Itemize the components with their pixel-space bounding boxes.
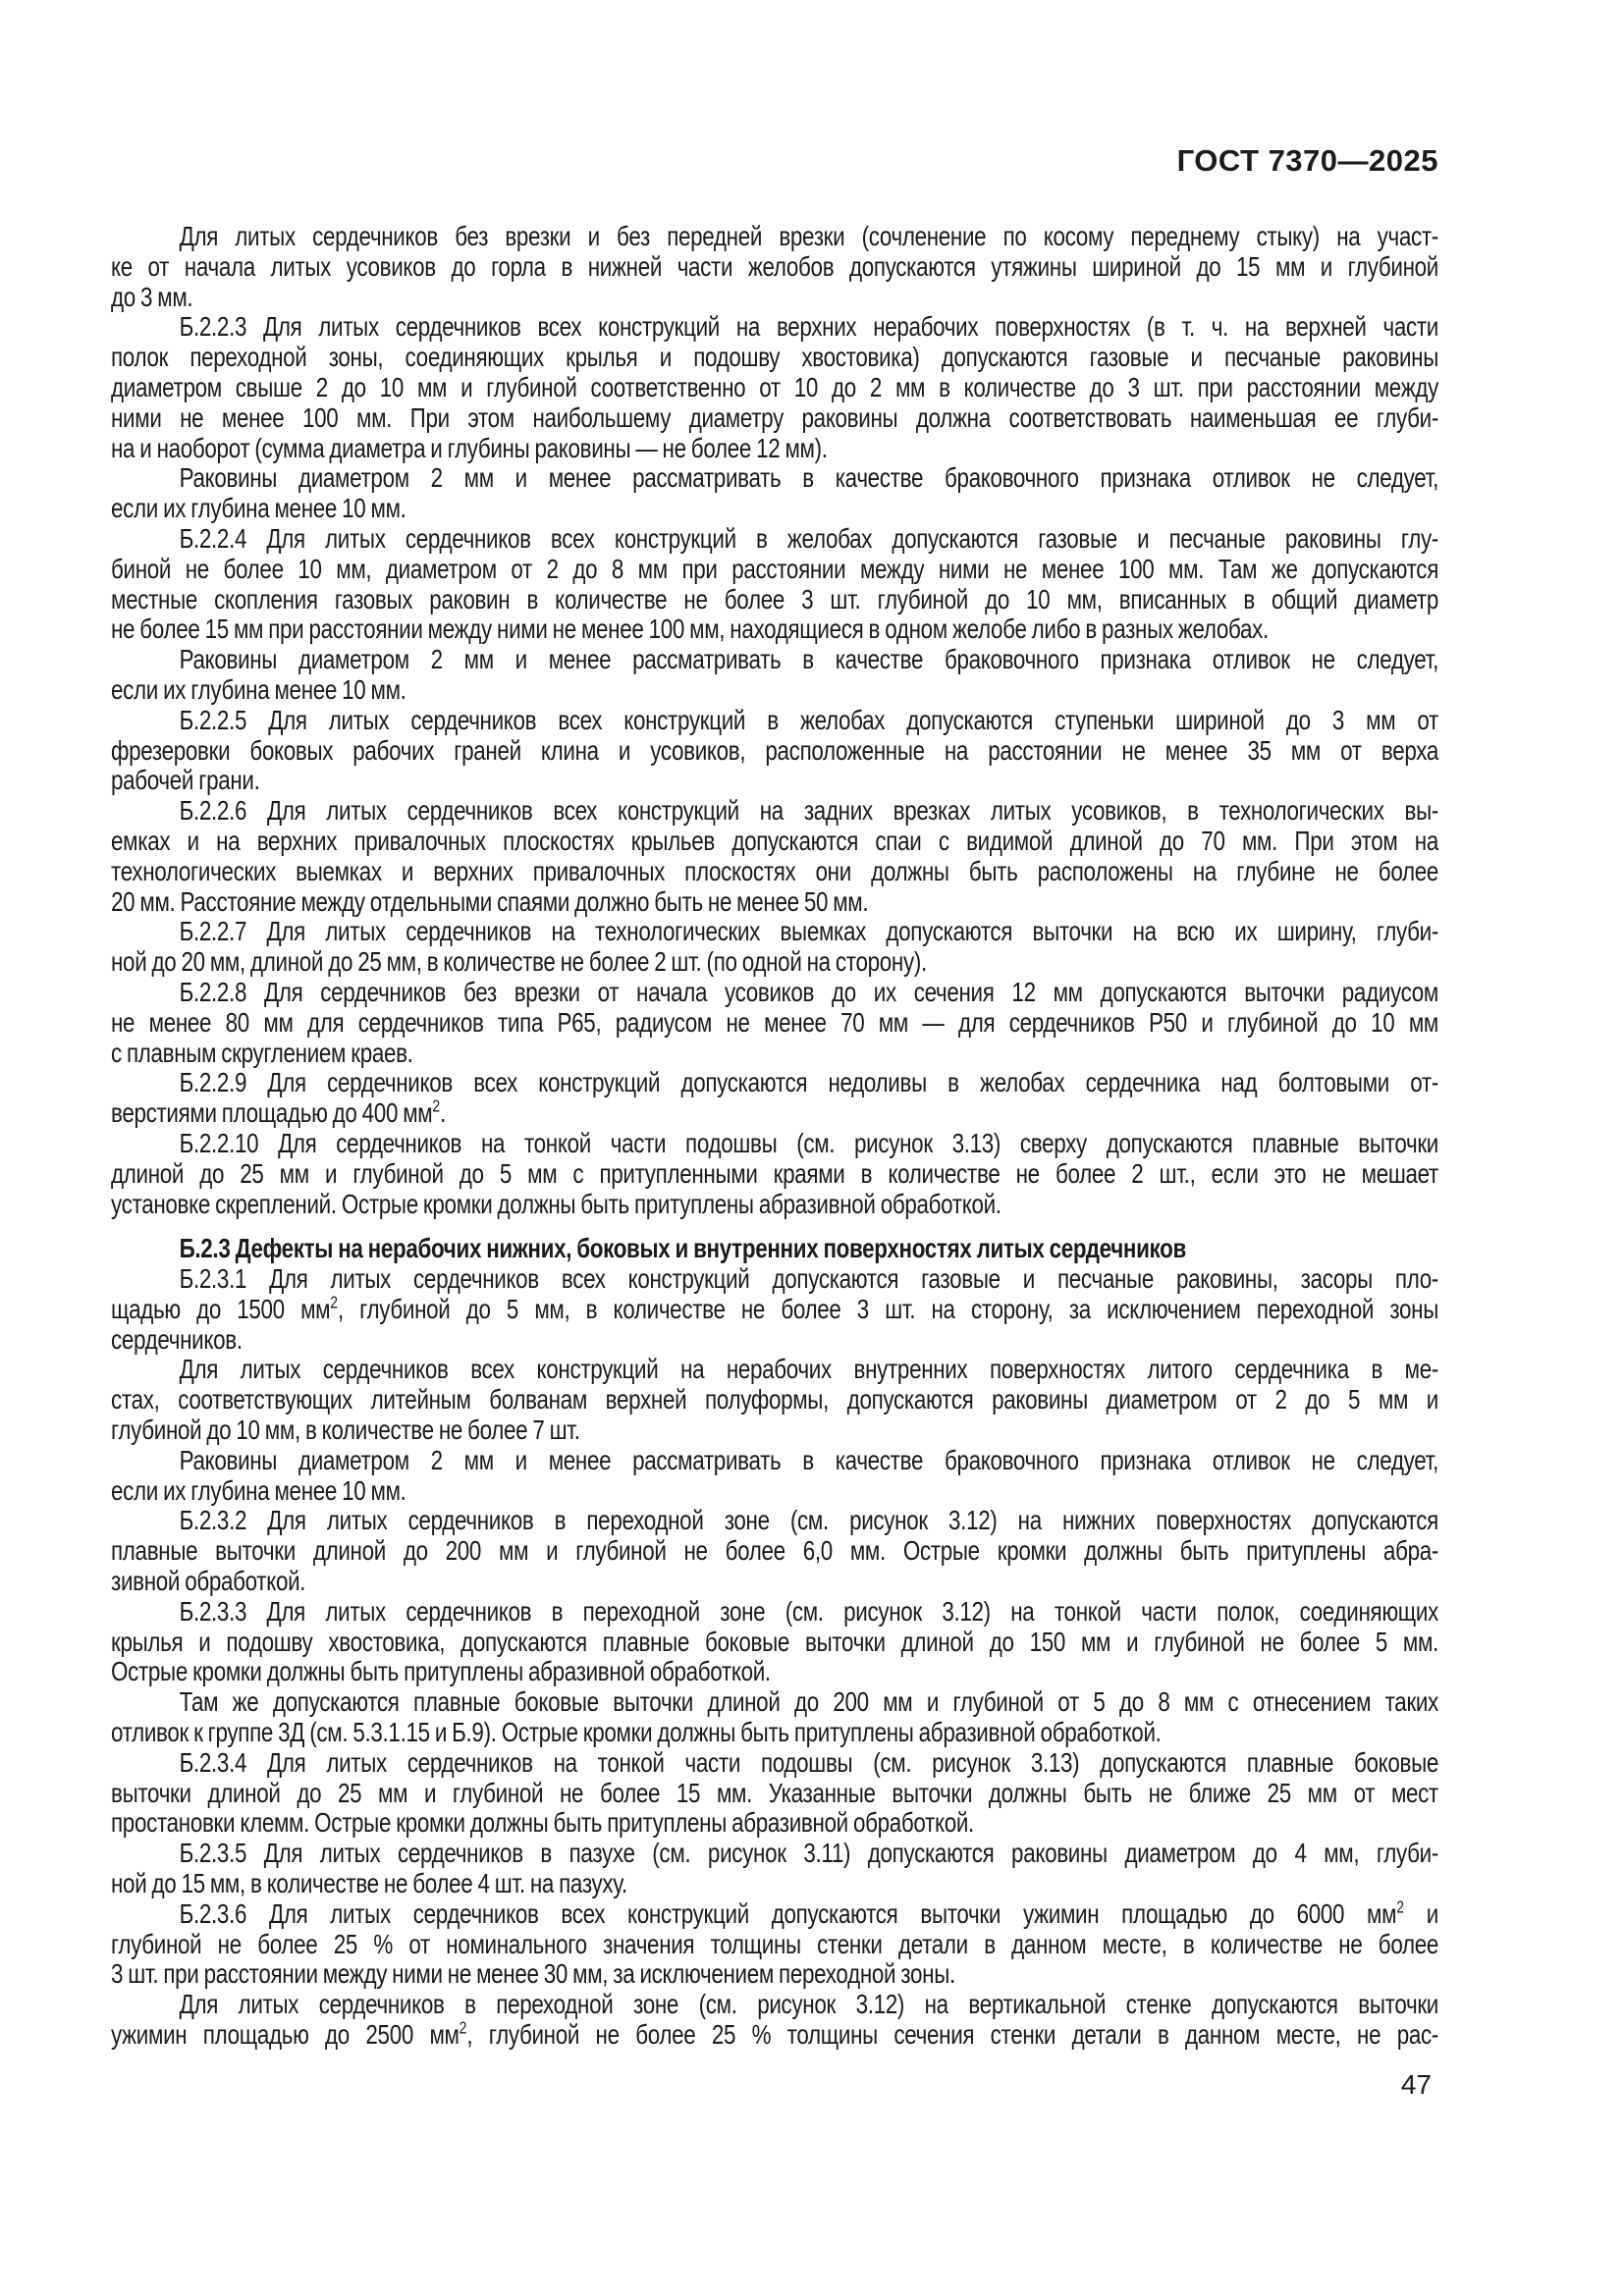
text-line: до 3 мм.: [111, 283, 1438, 313]
text-line: Для литых сердечников без врезки и без п…: [111, 222, 1438, 252]
text-line: верстиями площадью до 400 мм2.: [111, 1098, 1438, 1129]
text-line: плавные выточки длиной до 200 мм и глуби…: [111, 1536, 1438, 1567]
paragraph: Б.2.2.6 Для литых сердечников всех конст…: [111, 796, 1438, 917]
paragraph: Раковины диаметром 2 мм и менее рассматр…: [111, 645, 1438, 706]
text-line: Б.2.2.9 Для сердечников всех конструкций…: [111, 1068, 1438, 1098]
text-line: ной до 20 мм, длиной до 25 мм, в количес…: [111, 947, 1438, 978]
paragraph: Б.2.3.2 Для литых сердечников в переходн…: [111, 1506, 1438, 1596]
text-line: Для литых сердечников в переходной зоне …: [111, 1990, 1438, 2020]
text-line: зивной обработкой.: [111, 1567, 1438, 1597]
superscript: 2: [432, 1096, 440, 1116]
paragraph: Б.2.2.10 Для сердечников на тонкой части…: [111, 1129, 1438, 1219]
text-line: рабочей грани.: [111, 766, 1438, 796]
text-line: крылья и подошву хвостовика, допускаются…: [111, 1628, 1438, 1658]
text-line: технологических выемках и верхних привал…: [111, 857, 1438, 887]
text-line: Раковины диаметром 2 мм и менее рассматр…: [111, 463, 1438, 494]
text-line: ужимин площадью до 2500 мм2, глубиной не…: [111, 2020, 1438, 2051]
paragraph: Раковины диаметром 2 мм и менее рассматр…: [111, 463, 1438, 524]
text-line: Острые кромки должны быть притуплены абр…: [111, 1657, 1438, 1687]
paragraph: Раковины диаметром 2 мм и менее рассматр…: [111, 1446, 1438, 1507]
document-code-header: ГОСТ 7370—2025: [111, 143, 1438, 179]
paragraph: Для литых сердечников без врезки и без п…: [111, 222, 1438, 312]
text-line: Б.2.2.5 Для литых сердечников всех конст…: [111, 706, 1438, 736]
text-line: щадью до 1500 мм2, глубиной до 5 мм, в к…: [111, 1295, 1438, 1325]
section-heading: Б.2.3 Дефекты на нерабочих нижних, боков…: [111, 1234, 1438, 1264]
text-line: Там же допускаются плавные боковые выточ…: [111, 1687, 1438, 1718]
paragraph: Б.2.3.4 Для литых сердечников на тонкой …: [111, 1748, 1438, 1839]
text-line: Б.2.3.2 Для литых сердечников в переходн…: [111, 1506, 1438, 1536]
paragraph: Б.2.2.8 Для сердечников без врезки от на…: [111, 978, 1438, 1068]
paragraph: Б.2.2.5 Для литых сердечников всех конст…: [111, 706, 1438, 796]
text-line: выточки длиной до 25 мм и глубиной не бо…: [111, 1779, 1438, 1809]
page-number: 47: [111, 2069, 1432, 2101]
text-line: полок переходной зоны, соединяющих крыль…: [111, 343, 1438, 373]
text-line: если их глубина менее 10 мм.: [111, 1476, 1438, 1507]
text-line: простановки клемм. Острые кромки должны …: [111, 1808, 1438, 1839]
paragraph: Для литых сердечников всех конструкций н…: [111, 1355, 1438, 1445]
paragraph: Б.2.3.1 Для литых сердечников всех конст…: [111, 1264, 1438, 1355]
text-line: биной не более 10 мм, диаметром от 2 до …: [111, 555, 1438, 585]
text-line: Б.2.2.4 Для литых сердечников всех конст…: [111, 524, 1438, 555]
text-line: Б.2.2.7 Для литых сердечников на техноло…: [111, 917, 1438, 947]
text-line: Б.2.2.8 Для сердечников без врезки от на…: [111, 978, 1438, 1008]
text-line: Б.2.3.1 Для литых сердечников всех конст…: [111, 1264, 1438, 1295]
superscript: 2: [460, 2018, 467, 2038]
text-line: установке скреплений. Острые кромки долж…: [111, 1190, 1438, 1220]
text-line: стах, соответствующих литейным болванам …: [111, 1385, 1438, 1415]
text-line: ними не менее 100 мм. При этом наибольше…: [111, 403, 1438, 434]
paragraph: Б.2.3.5 Для литых сердечников в пазухе (…: [111, 1839, 1438, 1899]
text-line: Для литых сердечников всех конструкций н…: [111, 1355, 1438, 1385]
text-line: не более 15 мм при расстоянии между ними…: [111, 614, 1438, 645]
paragraph: Б.2.2.9 Для сердечников всех конструкций…: [111, 1068, 1438, 1129]
text-line: с плавным скруглением краев.: [111, 1039, 1438, 1069]
text-line: ке от начала литых усовиков до горла в н…: [111, 252, 1438, 283]
document-page: { "page": { "header_label": "ГОСТ 7370—2…: [0, 0, 1624, 2296]
paragraph: Б.2.2.3 Для литых сердечников всех конст…: [111, 312, 1438, 463]
text-line: если их глубина менее 10 мм.: [111, 494, 1438, 524]
paragraph: Б.2.2.7 Для литых сердечников на техноло…: [111, 917, 1438, 978]
text-line: Б.2.2.10 Для сердечников на тонкой части…: [111, 1129, 1438, 1159]
text-line: не менее 80 мм для сердечников типа Р65,…: [111, 1008, 1438, 1039]
text-line: ной до 15 мм, в количестве не более 4 шт…: [111, 1869, 1438, 1899]
text-line: Б.2.3.6 Для литых сердечников всех конст…: [111, 1899, 1438, 1930]
superscript: 2: [330, 1293, 338, 1312]
paragraph: Б.2.2.4 Для литых сердечников всех конст…: [111, 524, 1438, 645]
text-line: отливок к группе 3Д (см. 5.3.1.15 и Б.9)…: [111, 1718, 1438, 1748]
text-line: Раковины диаметром 2 мм и менее рассматр…: [111, 1446, 1438, 1476]
text-line: емках и на верхних привалочных плоскостя…: [111, 827, 1438, 857]
text-line: фрезеровки боковых рабочих граней клина …: [111, 736, 1438, 767]
text-line: местные скопления газовых раковин в коли…: [111, 585, 1438, 615]
text-line: Б.2.2.6 Для литых сердечников всех конст…: [111, 796, 1438, 827]
text-line: 20 мм. Расстояние между отдельными спаям…: [111, 887, 1438, 918]
paragraph: Б.2.3.6 Для литых сердечников всех конст…: [111, 1899, 1438, 1990]
text-line: сердечников.: [111, 1325, 1438, 1356]
text-line: длиной до 25 мм и глубиной до 5 мм с при…: [111, 1159, 1438, 1190]
text-line: Б.2.3.4 Для литых сердечников на тонкой …: [111, 1748, 1438, 1779]
text-line: Б.2.3.5 Для литых сердечников в пазухе (…: [111, 1839, 1438, 1869]
paragraph: Для литых сердечников в переходной зоне …: [111, 1990, 1438, 2051]
text-line: глубиной до 10 мм, в количестве не более…: [111, 1415, 1438, 1446]
text-line: Б.2.2.3 Для литых сердечников всех конст…: [111, 312, 1438, 343]
text-line: диаметром свыше 2 до 10 мм и глубиной со…: [111, 373, 1438, 403]
document-body: Для литых сердечников без врезки и без п…: [111, 222, 1438, 2051]
text-line: Б.2.3.3 Для литых сердечников в переходн…: [111, 1597, 1438, 1628]
paragraph: Б.2.3.3 Для литых сердечников в переходн…: [111, 1597, 1438, 1687]
paragraph: Там же допускаются плавные боковые выточ…: [111, 1687, 1438, 1748]
superscript: 2: [1396, 1897, 1404, 1917]
text-line: глубиной не более 25 % от номинального з…: [111, 1930, 1438, 1960]
text-line: Б.2.3 Дефекты на нерабочих нижних, боков…: [111, 1234, 1438, 1264]
text-line: 3 шт. при расстоянии между ними не менее…: [111, 1959, 1438, 1990]
text-line: если их глубина менее 10 мм.: [111, 675, 1438, 706]
text-line: Раковины диаметром 2 мм и менее рассматр…: [111, 645, 1438, 675]
text-line: на и наоборот (сумма диаметра и глубины …: [111, 434, 1438, 464]
